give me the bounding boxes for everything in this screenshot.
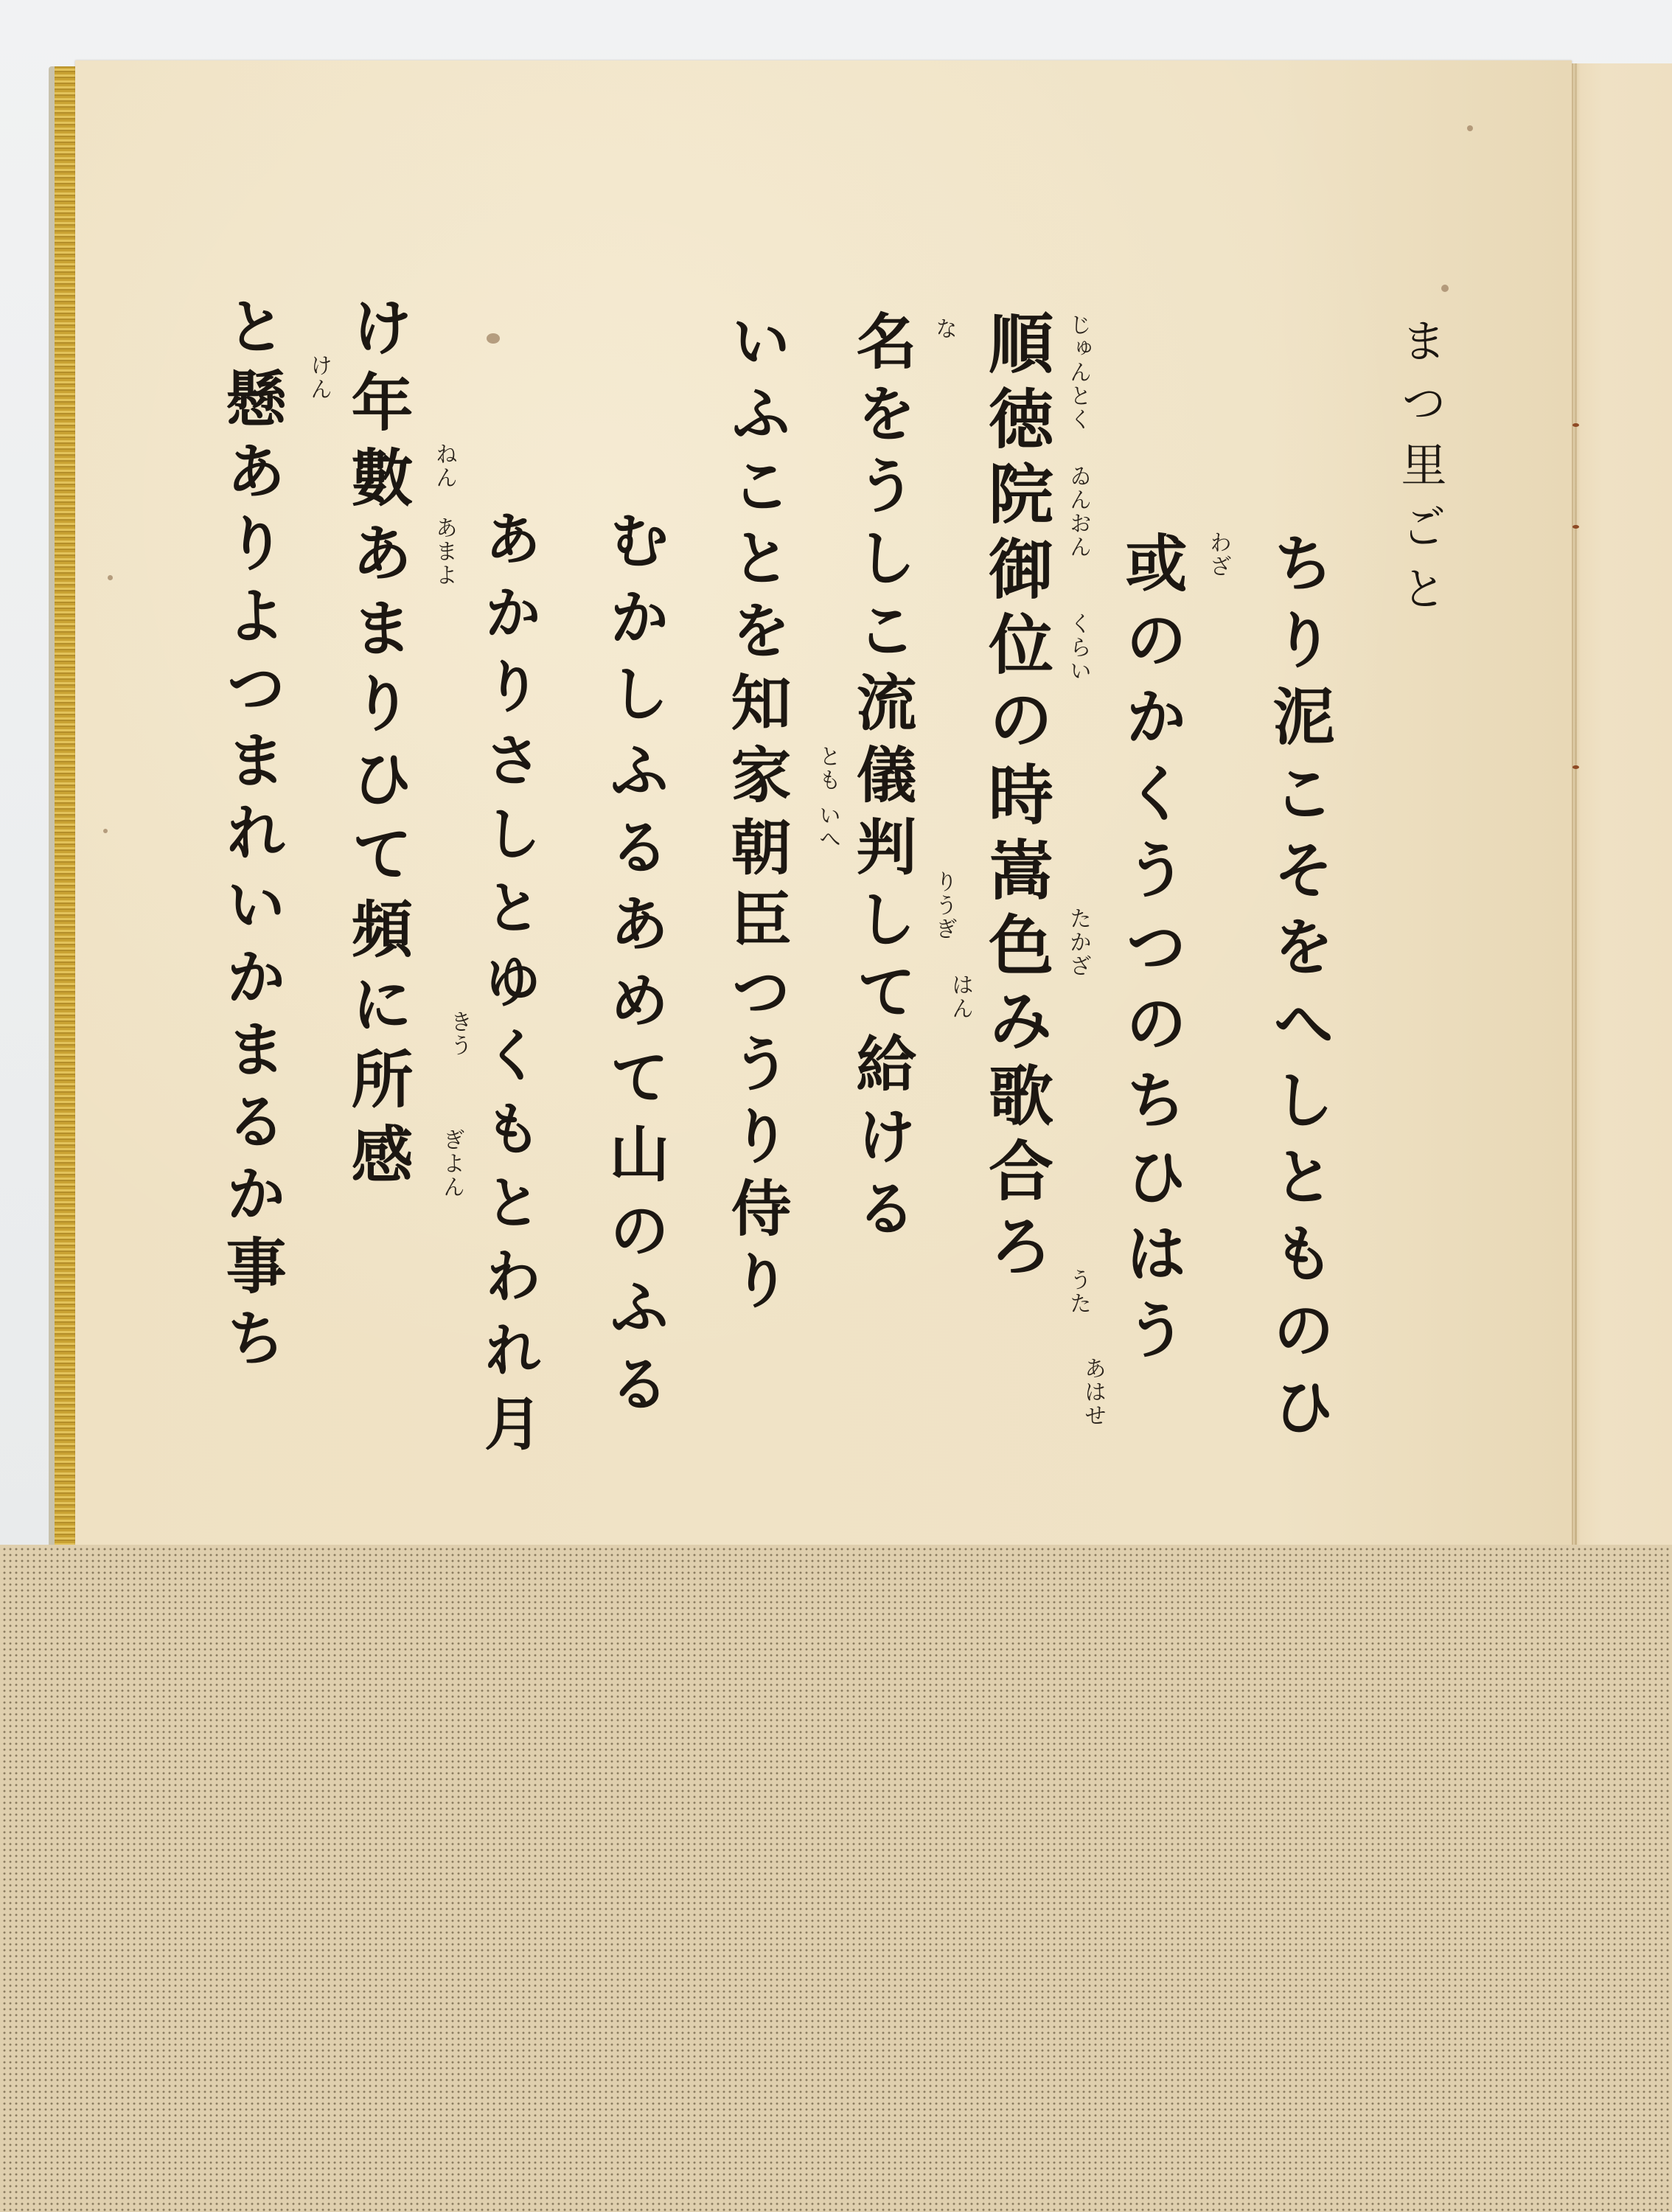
furigana: あはせ — [1076, 1357, 1109, 1427]
foxing-spot — [103, 829, 108, 833]
foxing-spot — [108, 575, 113, 580]
manuscript-column-7: むかしふるあめて山のふる — [605, 509, 665, 1429]
page-fold-line — [1575, 63, 1577, 1550]
foxing-spot — [487, 333, 500, 344]
furigana: りうぎ — [927, 870, 960, 941]
furigana: あまよ — [428, 516, 460, 587]
manuscript-column-6: いふことを知家朝臣つうり侍り — [726, 310, 787, 1321]
manuscript-column-8: あかりさしとゆくもとわれ月 — [479, 509, 537, 1467]
manuscript-column-4: 順徳院御位の時嵩色み歌合ろ — [984, 310, 1049, 1287]
furigana: な — [927, 317, 960, 341]
binding-stitch — [1572, 765, 1579, 769]
furigana: ゐんおん — [1062, 465, 1094, 559]
facing-page-edge — [1572, 63, 1672, 1550]
binding-stitch — [1572, 525, 1579, 529]
manuscript-column-2: ちり泥こそをへしとものひ — [1268, 531, 1330, 1451]
furigana: いへ — [811, 804, 843, 851]
manuscript-column-9: け年數あまりひて頻に所感 — [346, 295, 408, 1197]
furigana: はん — [944, 973, 976, 1020]
foxing-spot — [1467, 125, 1473, 131]
furigana: わざ — [1202, 531, 1234, 578]
manuscript-column-3: 或のかくうつのちひはう — [1121, 531, 1182, 1374]
binding-stitch — [1572, 423, 1579, 427]
furigana: きう — [442, 1010, 475, 1057]
foxing-spot — [1441, 285, 1449, 292]
furigana: くらい — [1062, 612, 1094, 683]
furigana: じゅんとく — [1062, 313, 1094, 431]
manuscript-column-5: 名をうしこ流儀判して給ける — [851, 310, 912, 1249]
manuscript-column-10: と懸ありよつまれいかまるか事ち — [221, 295, 282, 1379]
furigana: うた — [1062, 1268, 1094, 1315]
furigana: たかざ — [1062, 907, 1094, 978]
furigana: とも — [811, 745, 843, 792]
furigana: ねん — [428, 442, 460, 490]
manuscript-column-1: まつ里ごと — [1397, 317, 1443, 627]
furigana: けん — [302, 354, 335, 401]
furigana: ぎよん — [435, 1128, 467, 1199]
masked-region — [0, 1545, 1672, 2212]
